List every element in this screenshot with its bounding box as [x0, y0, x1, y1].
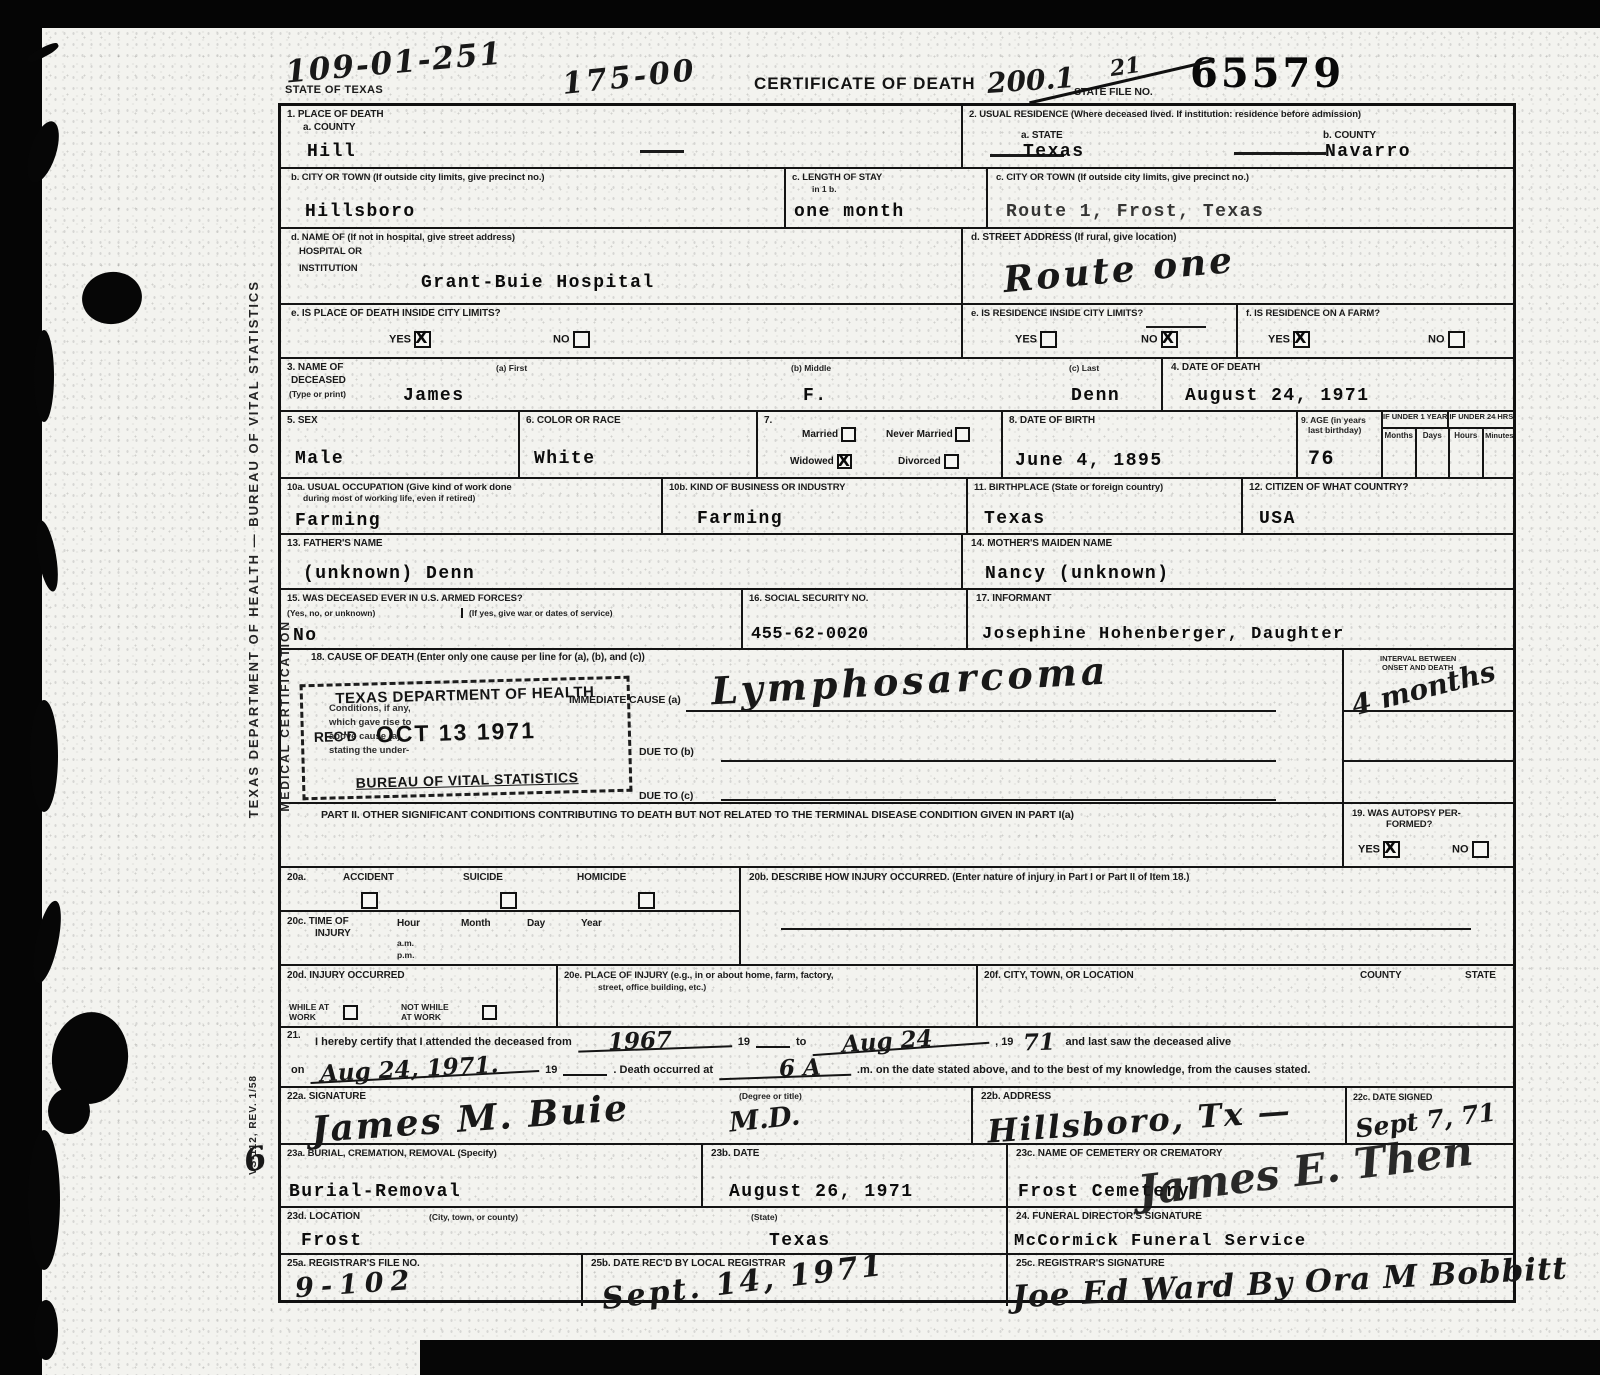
stamp-date: OCT 13 1971 — [376, 717, 537, 748]
birthplace-label: 11. BIRTHPLACE (State or foreign country… — [974, 482, 1163, 494]
checkbox-married — [841, 427, 856, 442]
burial-date-value: August 26, 1971 — [729, 1182, 914, 1202]
field-city-of-death: b. CITY OR TOWN (If outside city limits,… — [281, 169, 786, 227]
check-x: X — [1162, 328, 1174, 347]
injury-state-label: STATE — [1465, 970, 1496, 982]
location-state-value: Texas — [769, 1231, 831, 1251]
field-institution: d. NAME OF (If not in hospital, give str… — [281, 229, 963, 303]
street-address-label: d. STREET ADDRESS (If rural, give locati… — [971, 232, 1176, 244]
days-label: Days — [1417, 429, 1451, 477]
field-time-of-injury: 20c. TIME OF INJURY Hour Month Day Year … — [281, 912, 739, 964]
residence-city-limits-label: e. IS RESIDENCE INSIDE CITY LIMITS? — [971, 308, 1143, 320]
field-citizen: 12. CITIZEN OF WHAT COUNTRY? USA — [1243, 479, 1515, 533]
occupation-value: Farming — [295, 511, 381, 531]
field-father-name: 13. FATHER'S NAME (unknown) Denn — [281, 535, 963, 588]
while-at-work-label-2: WORK — [289, 1012, 316, 1022]
married-label: Married — [802, 429, 838, 440]
not-while-label-2: AT WORK — [401, 1012, 441, 1022]
no-label: NO — [1428, 333, 1445, 345]
certification-line-1: I hereby certify that I attended the dec… — [315, 1034, 1231, 1048]
cert-text-1: I hereby certify that I attended the dec… — [315, 1036, 572, 1048]
industry-value: Farming — [697, 509, 783, 529]
industry-label: 10b. KIND OF BUSINESS OR INDUSTRY — [669, 482, 845, 494]
ssn-label: 16. SOCIAL SECURITY NO. — [749, 593, 868, 605]
checkbox-while-at-work — [343, 1005, 358, 1020]
field-usual-residence: 2. USUAL RESIDENCE (Where deceased lived… — [963, 106, 1515, 167]
field-sex: 5. SEX Male — [281, 412, 520, 477]
field-part2: PART II. OTHER SIGNIFICANT CONDITIONS CO… — [281, 804, 1344, 866]
hole-punch-bottom-tail — [48, 1088, 90, 1134]
row-parents: 13. FATHER'S NAME (unknown) Denn 14. MOT… — [281, 535, 1513, 590]
age-label-2: last birthday) — [1308, 425, 1361, 435]
occupation-label-2: during most of working life, even if ret… — [303, 493, 475, 503]
location-state-sub-label: (State) — [751, 1212, 777, 1222]
row-injury-place: 20d. INJURY OCCURRED WHILE AT WORK NOT W… — [281, 966, 1513, 1028]
row-accident-injury: 20a. ACCIDENT SUICIDE HOMICIDE 20c. TIME… — [281, 868, 1513, 966]
field-registrar-signature: 25c. REGISTRAR'S SIGNATURE Joe Ed Ward B… — [1008, 1255, 1515, 1306]
checkbox-res-city-yes — [1040, 331, 1057, 348]
burial-type-label: 23a. BURIAL, CREMATION, REMOVAL (Specify… — [287, 1148, 497, 1160]
row-location-funeral: 23d. LOCATION (City, town, or county) (S… — [281, 1208, 1513, 1255]
bottom-black-band — [420, 1340, 1600, 1375]
street-address-hw-value: Route one — [1002, 239, 1237, 301]
no-label: NO — [1452, 843, 1469, 855]
day-label: Day — [527, 918, 545, 930]
field-date-of-birth: 8. DATE OF BIRTH June 4, 1895 — [1003, 412, 1298, 477]
institution-label-1: d. NAME OF (If not in hospital, give str… — [291, 232, 515, 244]
cert-text-4: , 19 — [995, 1036, 1013, 1048]
am-label: a.m. — [397, 938, 414, 948]
checkbox-never-married — [955, 427, 970, 442]
row-part2-autopsy: PART II. OTHER SIGNIFICANT CONDITIONS CO… — [281, 804, 1513, 868]
hw-attended-to: Aug 24 — [812, 1028, 989, 1056]
row-city-stay: b. CITY OR TOWN (If outside city limits,… — [281, 169, 1513, 229]
field-place-of-injury: 20e. PLACE OF INJURY (e.g., in or about … — [558, 966, 978, 1026]
field-length-of-stay: c. LENGTH OF STAY in 1 b. one month — [786, 169, 988, 227]
field-if-under: IF UNDER 1 YEAR IF UNDER 24 HRS. Months … — [1383, 412, 1515, 477]
date-of-birth-value: June 4, 1895 — [1015, 451, 1163, 471]
name-label-2: DECEASED — [291, 375, 346, 387]
field-cause-of-death: 18. CAUSE OF DEATH (Enter only one cause… — [281, 650, 1515, 802]
marital-label: 7. — [764, 415, 772, 427]
residence-state-label: a. STATE — [1021, 130, 1063, 142]
checkbox-death-city-no — [573, 331, 590, 348]
field-physician-address: 22b. ADDRESS Hillsboro, Tx — — [973, 1088, 1347, 1143]
date-of-birth-label: 8. DATE OF BIRTH — [1009, 415, 1095, 427]
name-label-1: 3. NAME OF — [287, 362, 343, 374]
death-city-limits-label: e. IS PLACE OF DEATH INSIDE CITY LIMITS? — [291, 308, 501, 320]
torn-edge-blob — [34, 330, 54, 422]
armed-forces-label: 15. WAS DECEASED EVER IN U.S. ARMED FORC… — [287, 593, 523, 605]
check-x: X — [1384, 838, 1396, 857]
medical-certification-vertical-label: MEDICAL CERTIFICATION — [278, 620, 292, 812]
cert-text-3: to — [796, 1036, 806, 1048]
interval-column: INTERVAL BETWEEN ONSET AND DEATH 4 month… — [1342, 650, 1515, 802]
city-of-death-label: b. CITY OR TOWN (If outside city limits,… — [291, 172, 544, 184]
degree-hw: M.D. — [728, 1100, 802, 1138]
first-name-value: James — [403, 386, 465, 406]
length-of-stay-label: c. LENGTH OF STAY — [792, 172, 882, 184]
not-while-label-1: NOT WHILE — [401, 1002, 449, 1012]
checkbox-farm-yes: X — [1293, 331, 1310, 348]
armed-forces-sub-2: (If yes, give war or dates of service) — [461, 608, 613, 618]
yes-label: YES — [1358, 843, 1380, 855]
checkbox-autopsy-yes: X — [1383, 841, 1400, 858]
never-married-label: Never Married — [886, 429, 953, 440]
hw-file-code: 109-01-251 — [284, 36, 505, 91]
no-label: NO — [1141, 333, 1158, 345]
citizen-value: USA — [1259, 509, 1296, 529]
item-20c-label-1: 20c. TIME OF — [287, 916, 349, 928]
pm-label: p.m. — [397, 950, 414, 960]
birthplace-value: Texas — [984, 509, 1046, 529]
name-label-3: (Type or print) — [289, 389, 346, 399]
field-marital-status: 7. Married Never Married Widowed X Divor… — [758, 412, 1003, 477]
date-signed-label: 22c. DATE SIGNED — [1353, 1091, 1432, 1103]
checkbox-death-city-yes: X — [414, 331, 431, 348]
field-age: 9. AGE (in years last birthday) 76 — [1298, 412, 1383, 477]
cause-a-line — [686, 710, 1276, 712]
mother-name-value: Nancy (unknown) — [985, 564, 1170, 584]
checkbox-autopsy-no — [1472, 841, 1489, 858]
blank-line — [756, 1034, 790, 1048]
cert-text-2: 19 — [738, 1036, 750, 1048]
registrar-file-no-hw: 9-102 — [294, 1265, 417, 1304]
field-death-city-limits: e. IS PLACE OF DEATH INSIDE CITY LIMITS?… — [281, 305, 963, 357]
stamp-line-1: TEXAS DEPARTMENT OF HEALTH — [303, 683, 627, 708]
check-x: X — [415, 328, 427, 347]
informant-value: Josephine Hohenberger, Daughter — [982, 625, 1345, 644]
item-20d-label: 20d. INJURY OCCURRED — [287, 970, 404, 982]
armed-forces-sub-1: (Yes, no, or unknown) — [287, 608, 375, 618]
registrar-signature-label: 25c. REGISTRAR'S SIGNATURE — [1016, 1258, 1165, 1270]
age-label-1: 9. AGE (in years — [1301, 415, 1366, 425]
hw-margin-six: 6 — [240, 1138, 270, 1180]
due-to-c-label: DUE TO (c) — [639, 790, 693, 802]
autopsy-label-2: FORMED? — [1386, 819, 1432, 831]
signature-label: 22a. SIGNATURE — [287, 1091, 366, 1103]
length-of-stay-value: one month — [794, 202, 905, 222]
father-name-value: (unknown) Denn — [303, 564, 475, 584]
county-value: Hill — [307, 142, 356, 162]
checkbox-accident — [361, 892, 378, 909]
field-color-race: 6. COLOR OR RACE White — [520, 412, 758, 477]
field-occupation: 10a. USUAL OCCUPATION (Give kind of work… — [281, 479, 663, 533]
field-physician-signature: 22a. SIGNATURE (Degree or title) James M… — [281, 1088, 973, 1143]
checkbox-farm-no — [1448, 331, 1465, 348]
row-occupation: 10a. USUAL OCCUPATION (Give kind of work… — [281, 479, 1513, 535]
blank-line — [563, 1062, 607, 1076]
middle-name-label: (b) Middle — [791, 363, 831, 373]
field-residence-city: c. CITY OR TOWN (If outside city limits,… — [988, 169, 1515, 227]
residence-city-value: Route 1, Frost, Texas — [1006, 202, 1264, 222]
row-name-dod: 3. NAME OF DECEASED (Type or print) (a) … — [281, 359, 1513, 412]
field-burial-type: 23a. BURIAL, CREMATION, REMOVAL (Specify… — [281, 1145, 703, 1206]
row-certification: 21. I hereby certify that I attended the… — [281, 1028, 1513, 1088]
item-20b-label: 20b. DESCRIBE HOW INJURY OCCURRED. (Ente… — [749, 872, 1189, 884]
field-autopsy: 19. WAS AUTOPSY PER- FORMED? YES X NO — [1344, 804, 1515, 866]
row-physician-signature: 22a. SIGNATURE (Degree or title) James M… — [281, 1088, 1513, 1145]
while-at-work-label-1: WHILE AT — [289, 1002, 329, 1012]
divorced-label: Divorced — [898, 456, 941, 467]
row-sex-race-dob: 5. SEX Male 6. COLOR OR RACE White 7. Ma… — [281, 412, 1513, 479]
burial-type-value: Burial-Removal — [289, 1182, 461, 1202]
injury-county-label: COUNTY — [1360, 970, 1402, 982]
usual-residence-label: 2. USUAL RESIDENCE (Where deceased lived… — [969, 109, 1361, 121]
last-name-value: Denn — [1071, 386, 1120, 406]
row-registrar: 25a. REGISTRAR'S FILE NO. 9-102 25b. DAT… — [281, 1255, 1513, 1306]
torn-edge-blob — [28, 1130, 60, 1270]
institution-label-2: HOSPITAL OR — [299, 246, 362, 258]
homicide-label: HOMICIDE — [577, 872, 626, 884]
field-residence-farm: f. IS RESIDENCE ON A FARM? YES X NO — [1238, 305, 1515, 357]
sex-label: 5. SEX — [287, 415, 318, 427]
field-industry: 10b. KIND OF BUSINESS OR INDUSTRY Farmin… — [663, 479, 968, 533]
location-city-sub-label: (City, town, or county) — [429, 1212, 518, 1222]
checkbox-divorced — [944, 454, 959, 469]
injury-left-column: 20a. ACCIDENT SUICIDE HOMICIDE 20c. TIME… — [281, 868, 741, 964]
last-name-label: (c) Last — [1069, 363, 1099, 373]
checkbox-widowed: X — [837, 454, 852, 469]
city-of-death-value: Hillsboro — [305, 202, 416, 222]
residence-state-value: Texas — [1023, 142, 1085, 162]
armed-forces-value: No — [293, 626, 318, 646]
cause-of-death-label: 18. CAUSE OF DEATH (Enter only one cause… — [311, 652, 645, 664]
ssn-value: 455-62-0020 — [751, 625, 869, 644]
scanned-death-certificate: { "header": { "hw_code": "109-01-251", "… — [0, 0, 1600, 1375]
widowed-label: Widowed — [790, 456, 834, 467]
hw-last-seen-date: Aug 24, 1971. — [310, 1056, 539, 1084]
address-label: 22b. ADDRESS — [981, 1091, 1051, 1103]
cause-b-line — [721, 760, 1276, 762]
under-24-hrs-label: IF UNDER 24 HRS. — [1449, 412, 1515, 427]
certificate-form: 1. PLACE OF DEATH a. COUNTY Hill 2. USUA… — [278, 103, 1516, 1303]
field-date-received: 25b. DATE REC'D BY LOCAL REGISTRAR Sept.… — [583, 1255, 1008, 1306]
residence-city-label: c. CITY OR TOWN (If outside city limits,… — [996, 172, 1249, 184]
length-of-stay-sub-label: in 1 b. — [812, 184, 837, 194]
cert-text-7: 19 — [545, 1064, 557, 1076]
suicide-label: SUICIDE — [463, 872, 503, 884]
yes-label: YES — [1015, 333, 1037, 345]
agency-vertical-label: TEXAS DEPARTMENT OF HEALTH — BUREAU OF V… — [246, 280, 261, 818]
date-of-death-value: August 24, 1971 — [1185, 386, 1370, 406]
field-injury-city: 20f. CITY, TOWN, OR LOCATION COUNTY STAT… — [978, 966, 1515, 1026]
injury-blank-line — [781, 928, 1471, 930]
certificate-title: CERTIFICATE OF DEATH — [754, 74, 975, 94]
state-file-number: 65579 — [1190, 50, 1344, 97]
first-name-label: (a) First — [496, 363, 527, 373]
location-city-value: Frost — [301, 1231, 363, 1251]
state-of-texas-label: STATE OF TEXAS — [285, 84, 383, 96]
due-to-b-label: DUE TO (b) — [639, 746, 694, 758]
check-x: X — [838, 451, 850, 470]
field-accident-suicide-homicide: 20a. ACCIDENT SUICIDE HOMICIDE — [281, 868, 739, 912]
degree-title-label: (Degree or title) — [739, 1091, 802, 1101]
received-stamp: TEXAS DEPARTMENT OF HEALTH REC'D OCT 13 … — [300, 676, 633, 801]
field-burial-location: 23d. LOCATION (City, town, or county) (S… — [281, 1208, 1008, 1253]
informant-label: 17. INFORMANT — [976, 593, 1051, 605]
field-ssn: 16. SOCIAL SECURITY NO. 455-62-0020 — [743, 590, 968, 648]
burial-date-label: 23b. DATE — [711, 1148, 759, 1160]
field-armed-forces: 15. WAS DECEASED EVER IN U.S. ARMED FORC… — [281, 590, 743, 648]
hw-death-time: 6 A — [719, 1060, 851, 1081]
field-residence-city-limits: e. IS RESIDENCE INSIDE CITY LIMITS? YES … — [963, 305, 1238, 357]
certification-line-2: on Aug 24, 1971. 19 . Death occurred at … — [291, 1062, 1310, 1076]
field-registrar-file-no: 25a. REGISTRAR'S FILE NO. 9-102 — [281, 1255, 583, 1306]
mother-name-label: 14. MOTHER'S MAIDEN NAME — [971, 538, 1112, 550]
row-forces-ssn-informant: 15. WAS DECEASED EVER IN U.S. ARMED FORC… — [281, 590, 1513, 650]
row-institution-street: d. NAME OF (If not in hospital, give str… — [281, 229, 1513, 305]
field-certification: 21. I hereby certify that I attended the… — [281, 1028, 1515, 1086]
item-20f-label: 20f. CITY, TOWN, OR LOCATION — [984, 970, 1134, 982]
field-birthplace: 11. BIRTHPLACE (State or foreign country… — [968, 479, 1243, 533]
months-label: Months — [1383, 429, 1417, 477]
cert-text-9: .m. on the date stated above, and to the… — [857, 1064, 1311, 1076]
field-place-of-death: 1. PLACE OF DEATH a. COUNTY Hill — [281, 106, 963, 167]
yes-label: YES — [389, 333, 411, 345]
accident-label: ACCIDENT — [343, 872, 394, 884]
checkbox-suicide — [500, 892, 517, 909]
father-name-label: 13. FATHER'S NAME — [287, 538, 383, 550]
cause-a-hw-value: Lymphosarcoma — [710, 648, 1110, 714]
hw-attended-year: 71 — [1019, 1035, 1059, 1050]
field-mother-name: 14. MOTHER'S MAIDEN NAME Nancy (unknown) — [963, 535, 1515, 588]
date-of-death-label: 4. DATE OF DEATH — [1171, 362, 1260, 374]
item-20c-label-2: INJURY — [315, 928, 351, 940]
field-name-of-deceased: 3. NAME OF DECEASED (Type or print) (a) … — [281, 359, 1163, 410]
age-value: 76 — [1308, 448, 1335, 471]
hw-amount: 175-00 — [561, 53, 699, 102]
place-of-death-label: 1. PLACE OF DEATH — [287, 109, 383, 121]
stamp-recd: REC'D — [314, 728, 357, 745]
row-yes-no: e. IS PLACE OF DEATH INSIDE CITY LIMITS?… — [281, 305, 1513, 359]
middle-name-value: F. — [803, 386, 828, 406]
cert-text-8: . Death occurred at — [613, 1064, 713, 1076]
field-describe-injury: 20b. DESCRIBE HOW INJURY OCCURRED. (Ente… — [741, 868, 1513, 964]
residence-farm-label: f. IS RESIDENCE ON A FARM? — [1246, 308, 1380, 320]
torn-edge-blob — [34, 1300, 58, 1360]
field-informant: 17. INFORMANT Josephine Hohenberger, Dau… — [968, 590, 1515, 648]
row-place-residence: 1. PLACE OF DEATH a. COUNTY Hill 2. USUA… — [281, 106, 1513, 169]
cert-text-6: on — [291, 1064, 304, 1076]
institution-value: Grant-Buie Hospital — [421, 273, 655, 293]
under-1-year-label: IF UNDER 1 YEAR — [1383, 412, 1449, 427]
residence-county-label: b. COUNTY — [1323, 130, 1376, 142]
checkbox-not-while-at-work — [482, 1005, 497, 1020]
citizen-label: 12. CITIZEN OF WHAT COUNTRY? — [1249, 482, 1408, 494]
yes-label: YES — [1268, 333, 1290, 345]
color-race-value: White — [534, 449, 596, 469]
hour-label: Hour — [397, 918, 420, 930]
item-21-label: 21. — [287, 1030, 301, 1042]
torn-edge-blob — [30, 700, 58, 812]
item-20a-label: 20a. — [287, 872, 306, 884]
field-street-address: d. STREET ADDRESS (If rural, give locati… — [963, 229, 1515, 303]
institution-label-3: INSTITUTION — [299, 263, 358, 275]
burial-location-label: 23d. LOCATION — [287, 1211, 360, 1223]
field-funeral-director: 24. FUNERAL DIRECTOR'S SIGNATURE McCormi… — [1008, 1208, 1515, 1253]
check-x: X — [1294, 328, 1306, 347]
stamp-line-3: BUREAU OF VITAL STATISTICS — [305, 768, 629, 792]
part2-label: PART II. OTHER SIGNIFICANT CONDITIONS CO… — [321, 809, 1074, 821]
hours-label: Hours — [1450, 429, 1484, 477]
item-20e-label-1: 20e. PLACE OF INJURY (e.g., in or about … — [564, 970, 833, 982]
item-20e-label-2: street, office building, etc.) — [598, 982, 706, 992]
cause-c-line — [721, 799, 1276, 801]
field-burial-date: 23b. DATE August 26, 1971 — [703, 1145, 1008, 1206]
residence-county-value: Navarro — [1325, 142, 1411, 162]
color-race-label: 6. COLOR OR RACE — [526, 415, 621, 427]
cemetery-label: 23c. NAME OF CEMETERY OR CREMATORY — [1016, 1148, 1222, 1160]
county-label: a. COUNTY — [303, 122, 355, 134]
hw-attended-from: 1967 — [578, 1031, 732, 1052]
sex-value: Male — [295, 449, 344, 469]
checkbox-homicide — [638, 892, 655, 909]
month-label: Month — [461, 918, 491, 930]
year-label: Year — [581, 918, 602, 930]
funeral-director-label: 24. FUNERAL DIRECTOR'S SIGNATURE — [1016, 1211, 1202, 1223]
field-date-of-death: 4. DATE OF DEATH August 24, 1971 — [1163, 359, 1515, 410]
no-label: NO — [553, 333, 570, 345]
funeral-director-value: McCormick Funeral Service — [1014, 1232, 1307, 1251]
minutes-label: Minutes — [1484, 429, 1516, 477]
cert-text-5: and last saw the deceased alive — [1065, 1036, 1231, 1048]
interval-line-b — [1344, 760, 1515, 762]
row-cause-of-death: 18. CAUSE OF DEATH (Enter only one cause… — [281, 650, 1513, 804]
field-injury-occurred: 20d. INJURY OCCURRED WHILE AT WORK NOT W… — [281, 966, 558, 1026]
checkbox-res-city-no: X — [1161, 331, 1178, 348]
